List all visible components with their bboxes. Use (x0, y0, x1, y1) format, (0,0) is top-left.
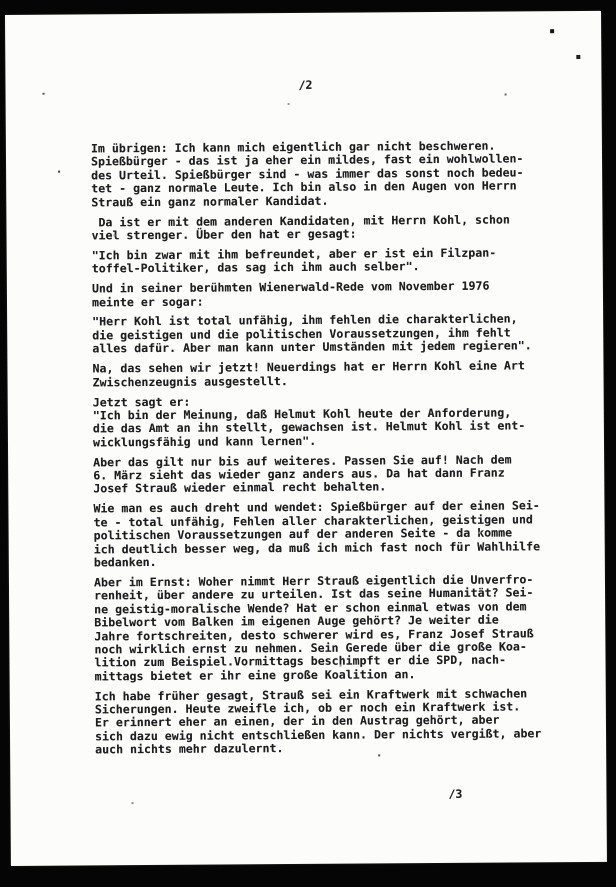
paragraph: "Ich bin zwar mit ihm befreundet, aber e… (92, 246, 538, 276)
paragraph: Und in seiner berühmten Wienerwald-Rede … (92, 279, 538, 309)
paragraph: Jetzt sagt er: "Ich bin der Meinung, daß… (93, 393, 540, 450)
paragraph: Aber das gilt nur bis auf weiteres. Pass… (93, 453, 540, 496)
document-body: Im übrigen: Ich kann mich eigentlich gar… (91, 139, 542, 763)
paragraph: Wie man es auch dreht und wendet: Spießb… (93, 500, 540, 570)
document-page: /2 Im übrigen: Ich kann mich eigentlich … (5, 11, 607, 866)
paragraph: Im übrigen: Ich kann mich eigentlich gar… (91, 139, 538, 209)
paragraph: Aber im Ernst: Woher nimmt Herr Strauß e… (94, 573, 541, 683)
paragraph: Da ist er mit dem anderen Kandidaten, mi… (91, 213, 537, 243)
paragraph: Ich habe früher gesagt, Strauß sei ein K… (95, 687, 542, 757)
scanned-document: /2 Im übrigen: Ich kann mich eigentlich … (0, 0, 616, 887)
scan-noise-specks (5, 15, 7, 17)
paragraph: "Herr Kohl ist total unfähig, ihm fehlen… (92, 313, 539, 356)
paragraph: Na, das sehen wir jetzt! Neuerdings hat … (92, 359, 538, 389)
page-number-bottom: /3 (448, 788, 462, 802)
page-number-top: /2 (298, 79, 312, 93)
